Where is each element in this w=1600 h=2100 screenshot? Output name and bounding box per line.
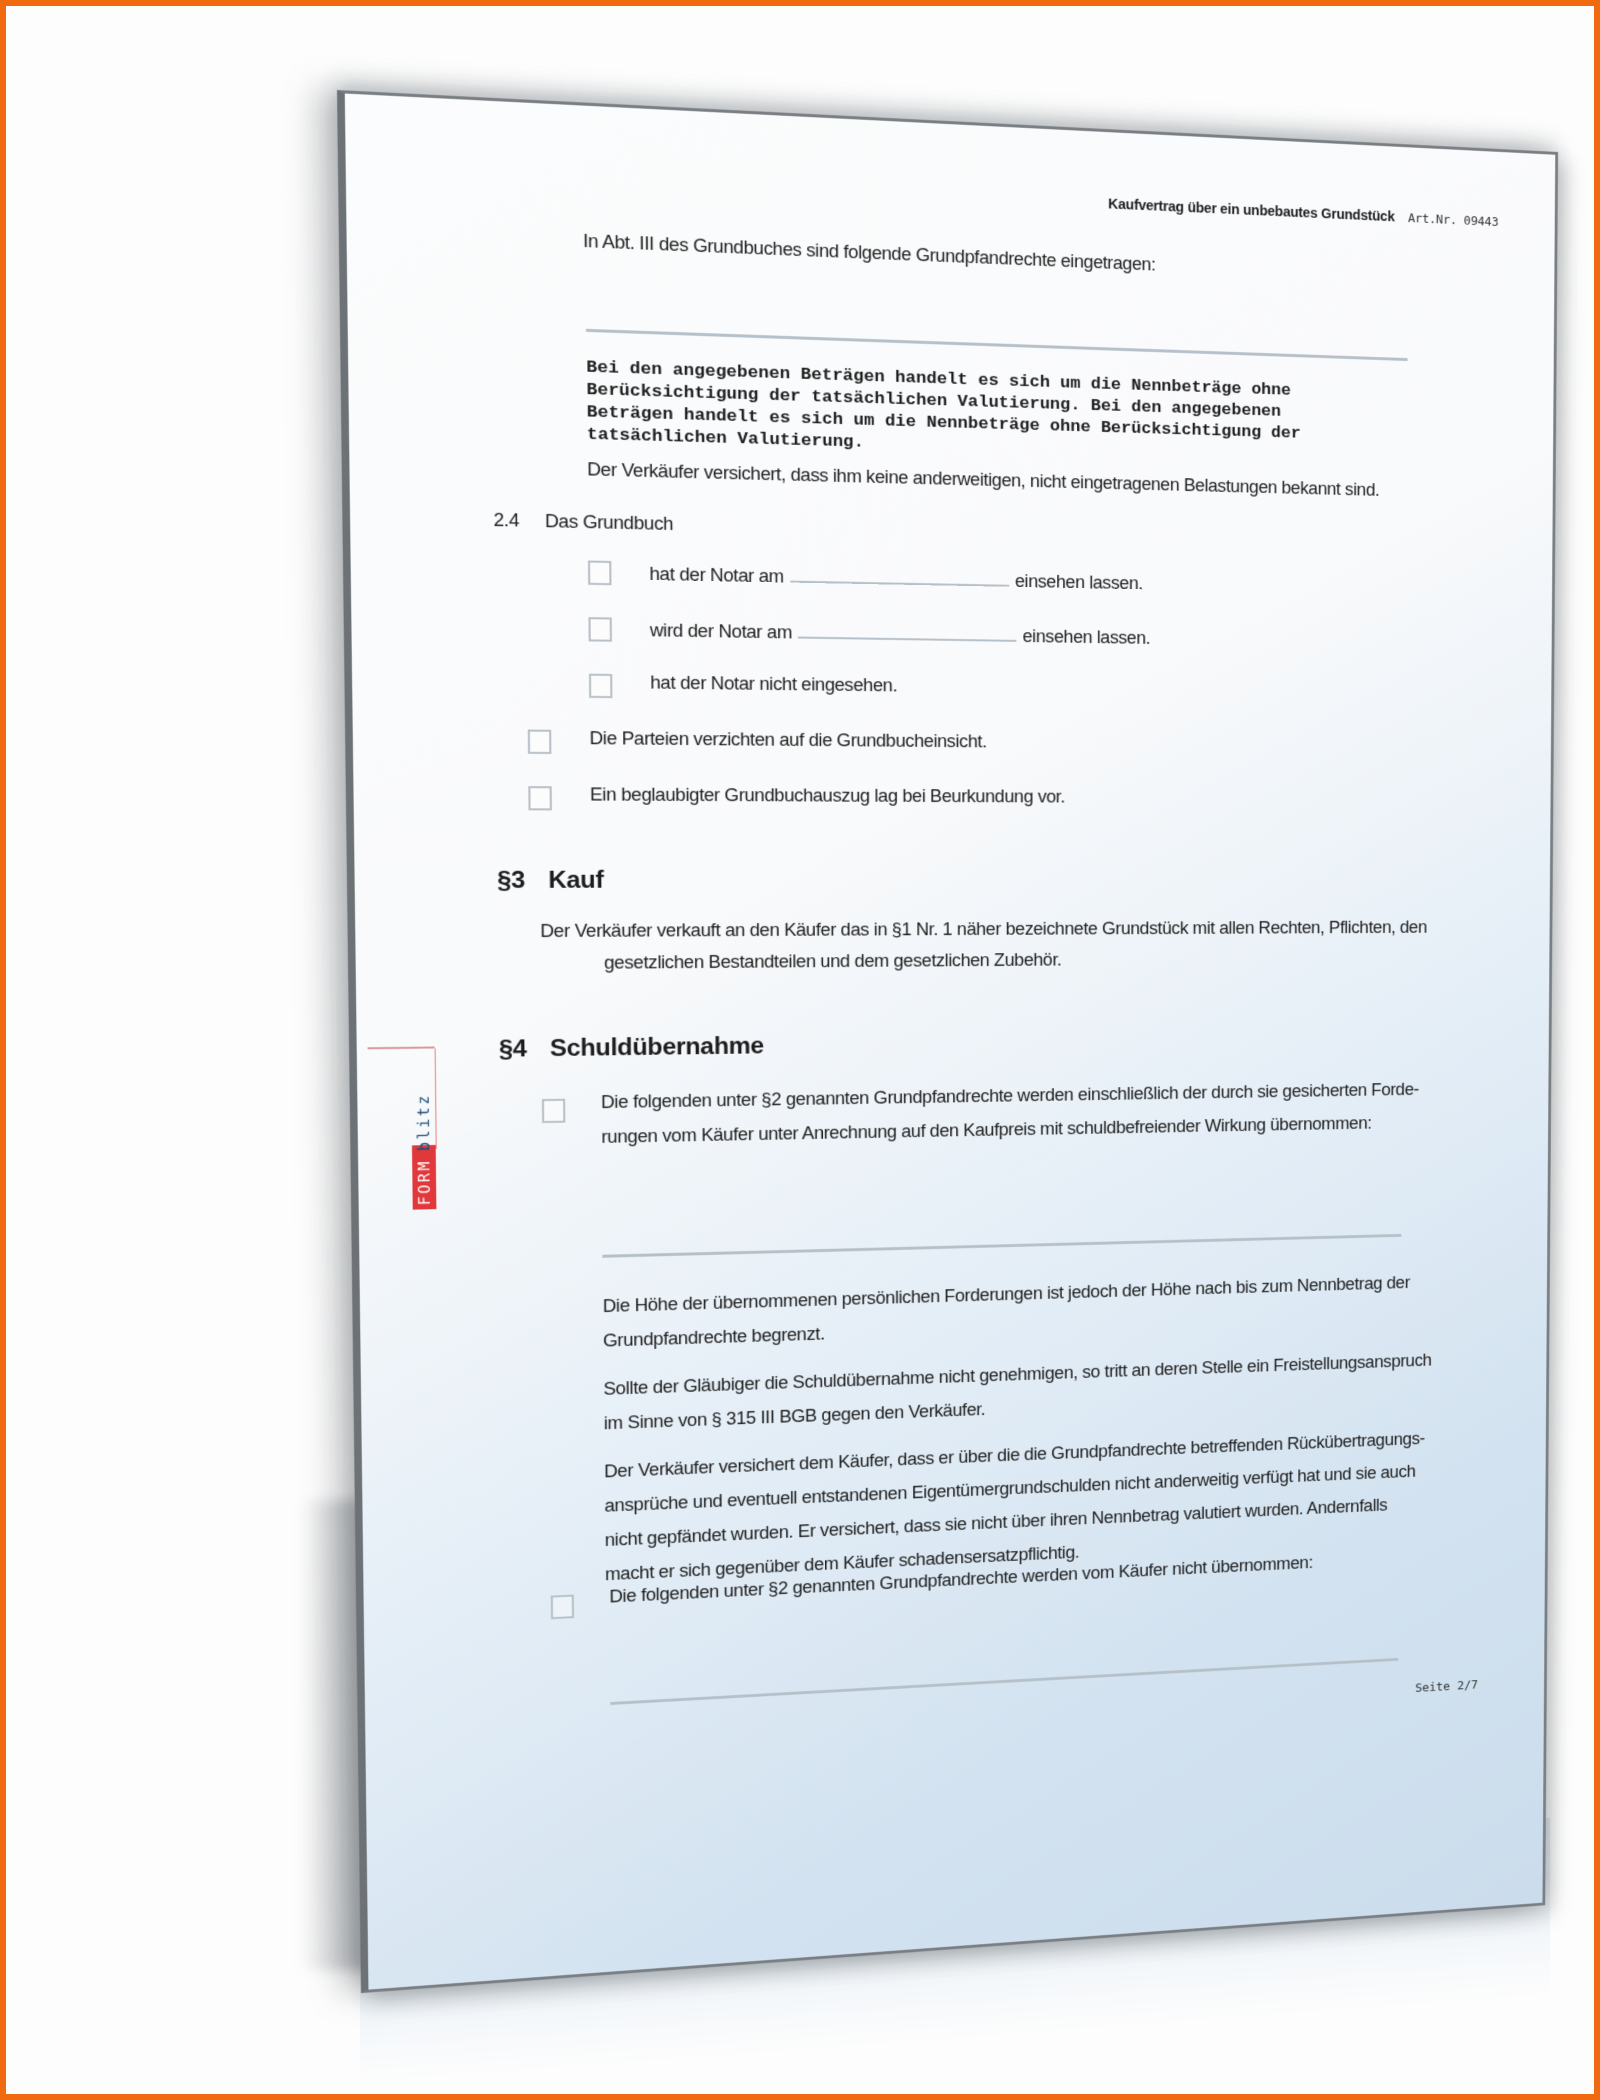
option-schuldübernahme: Die folgenden unter §2 genannten Grundpf… xyxy=(601,1076,1419,1152)
formblitz-logo: FORMblitz xyxy=(411,1048,439,1209)
section-4-heading: §4Schuldübernahme xyxy=(499,1033,764,1064)
logo-text: FORMblitz xyxy=(411,1048,437,1209)
section-number: §3 xyxy=(497,867,548,895)
notice-box: Bei den angegebenen Beträgen handelt es … xyxy=(586,357,1301,466)
document-title: Kaufvertrag über ein unbebautes Grundstü… xyxy=(1108,196,1394,225)
grundpfandrechte-intro: In Abt. III des Grundbuches sind folgend… xyxy=(583,227,1156,280)
option-label-suffix: einsehen lassen. xyxy=(1023,626,1151,648)
checkbox-notar-nicht-eingesehen[interactable] xyxy=(589,674,612,698)
section-3-text-line2: gesetzlichen Bestandteilen und dem geset… xyxy=(604,946,1061,978)
option-label-suffix: einsehen lassen. xyxy=(1015,571,1143,593)
option-label: wird der Notar am xyxy=(650,620,792,642)
paragraph-hoehe: Die Höhe der übernommenen persönlichen F… xyxy=(603,1269,1410,1355)
section-number: §4 xyxy=(499,1035,550,1064)
subsection-title: Das Grundbuch xyxy=(545,511,673,534)
entry-line[interactable] xyxy=(602,1234,1401,1258)
paragraph-glaeubiger: Sollte der Gläubiger die Schuldübernahme… xyxy=(603,1347,1431,1438)
section-3-heading: §3Kauf xyxy=(497,867,604,895)
checkbox-nicht-uebernommen[interactable] xyxy=(551,1595,574,1620)
date-field-hat[interactable] xyxy=(790,559,1009,587)
page-number: Seite 2/7 xyxy=(1415,1677,1478,1694)
document-page: Kaufvertrag über ein unbebautes Grundstü… xyxy=(337,90,1558,1993)
option-notar-wird: wird der Notar ameinsehen lassen. xyxy=(650,612,1151,653)
section-3-text-line1: Der Verkäufer verkauft an den Käufer das… xyxy=(540,914,1427,946)
subsection-number: 2.4 xyxy=(493,506,545,537)
section-title: Kauf xyxy=(548,867,603,894)
option-label: hat der Notar am xyxy=(649,564,783,587)
option-notar-hat: hat der Notar ameinsehen lassen. xyxy=(649,556,1143,598)
running-header: Kaufvertrag über ein unbebautes Grundstü… xyxy=(1108,196,1498,229)
logo-text-form: FORM xyxy=(414,1159,434,1210)
option-notar-nicht: hat der Notar nicht eingesehen. xyxy=(650,668,897,700)
logo-text-blitz: blitz xyxy=(414,1093,434,1159)
checkbox-notar-wird-einsehen[interactable] xyxy=(588,617,612,642)
date-field-wird[interactable] xyxy=(798,615,1017,642)
option-verzicht: Die Parteien verzichten auf die Grundbuc… xyxy=(589,724,986,756)
option-text-line: rungen vom Käufer unter Anrechnung auf d… xyxy=(601,1109,1419,1152)
checkbox-notar-hat-eingesehen[interactable] xyxy=(588,561,612,586)
subsection-2-4-heading: 2.4Das Grundbuch xyxy=(493,506,673,539)
article-number: Art.Nr. 09443 xyxy=(1408,210,1498,229)
document-page-wrapper: Kaufvertrag über ein unbebautes Grundstü… xyxy=(337,90,1558,1993)
checkbox-grundbuchauszug[interactable] xyxy=(528,786,552,810)
section-title: Schuldübernahme xyxy=(550,1033,764,1062)
entry-line[interactable] xyxy=(586,329,1408,361)
entry-line[interactable] xyxy=(610,1658,1398,1705)
checkbox-schuldübernahme[interactable] xyxy=(542,1099,565,1123)
option-grundbuchauszug: Ein beglaubigter Grundbuchauszug lag bei… xyxy=(590,780,1065,811)
checkbox-verzicht-grundbucheinsicht[interactable] xyxy=(528,730,552,754)
